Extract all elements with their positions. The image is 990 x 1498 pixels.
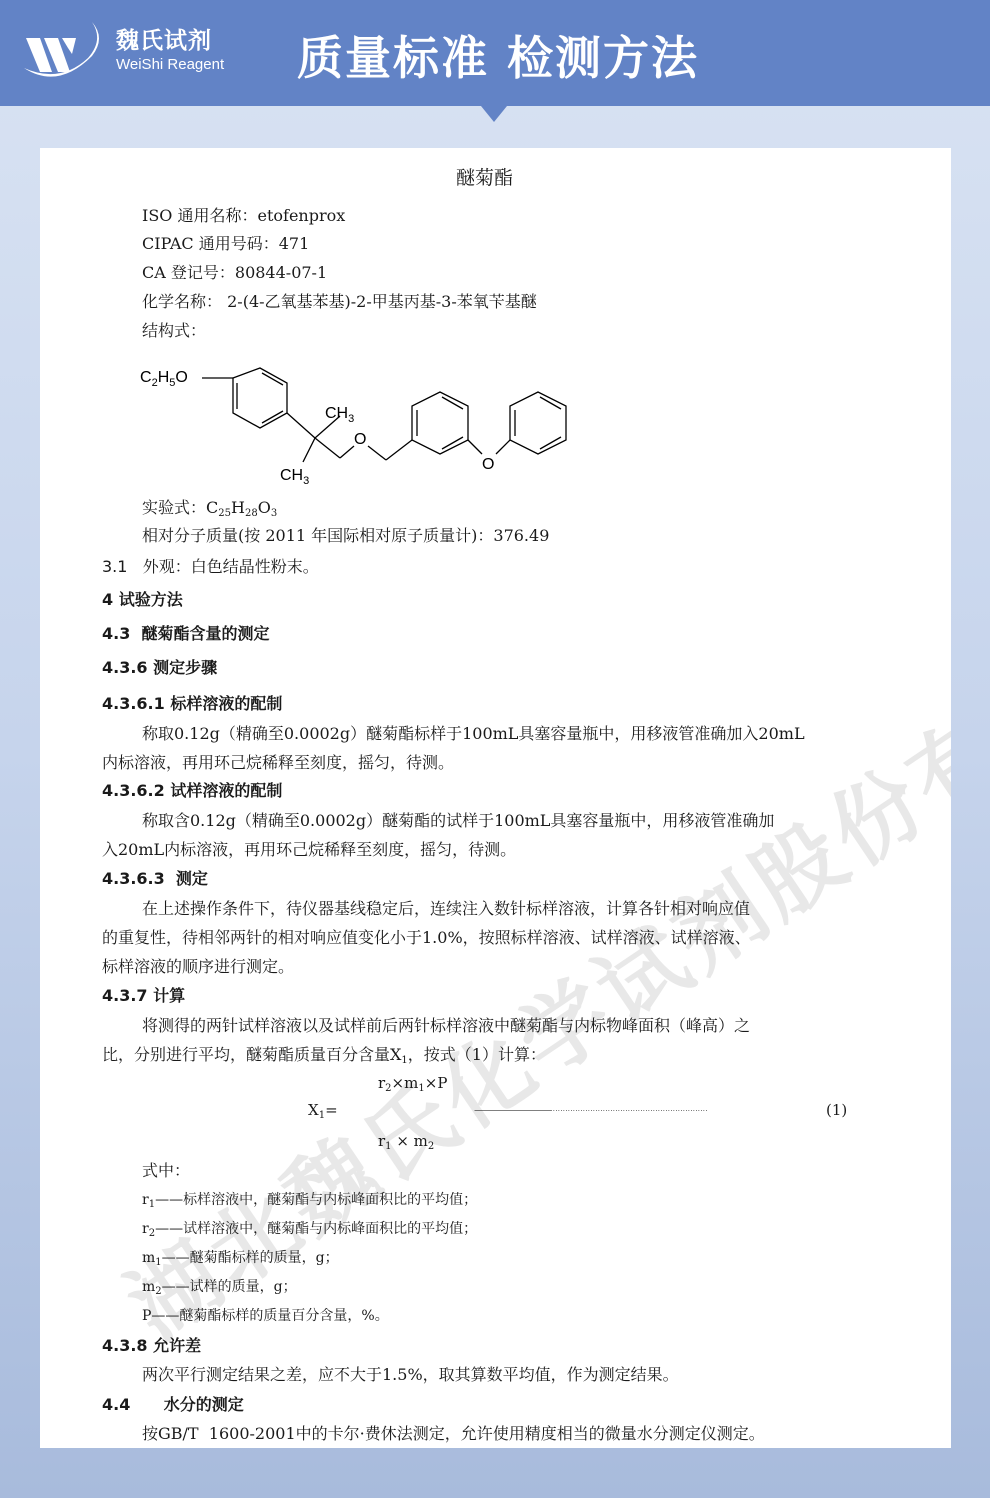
ca-row: CA 登记号：80844-07-1 (142, 265, 327, 281)
section-4-3-6-1-heading: 4.3.6.1 标样溶液的配制 (102, 696, 282, 712)
paragraph-line: 标样溶液的顺序进行测定。 (102, 959, 294, 975)
chemical-name-label: 化学名称： (142, 292, 222, 311)
molecular-mass-label: 相对分子质量(按 2011 年国际相对原子质量计)： (142, 526, 493, 545)
variable-definition: r1——标样溶液中，醚菊酯与内标峰面积比的平均值； (142, 1193, 477, 1210)
section-4-3-7-heading: 4.3.7 计算 (102, 988, 185, 1004)
empirical-formula: C25H28O3 (206, 498, 277, 517)
cipac-row: CIPAC 通用号码：471 (142, 236, 309, 252)
paragraph-line: 按GB/T 1600-2001中的卡尔·费休法测定，允许使用精度相当的微量水分测… (142, 1426, 765, 1442)
structure-label: 结构式： (142, 323, 206, 339)
ether-oxygen: O (354, 431, 366, 448)
chemical-name-value: 2-(4-乙氧基苯基)-2-甲基丙基-3-苯氧苄基醚 (227, 292, 537, 311)
section-4-3-6-heading: 4.3.6 测定步骤 (102, 660, 217, 676)
iso-label: ISO 通用名称： (142, 206, 258, 225)
paragraph-line: 内标溶液，再用环己烷稀释至刻度，摇匀，待测。 (102, 755, 454, 771)
equation-number: (1) (826, 1103, 847, 1118)
cipac-value: 471 (279, 234, 310, 253)
section-4-3-heading: 4.3 醚菊酯含量的测定 (102, 626, 270, 642)
paragraph-line: 在上述操作条件下，待仪器基线稳定后，连续注入数针标样溶液，计算各针相对响应值 (142, 901, 750, 917)
where-label: 式中： (142, 1163, 190, 1179)
logo-chinese-text: 魏氏试剂 (116, 22, 212, 55)
variable-definition: m2——试样的质量，g； (142, 1280, 297, 1297)
phenoxy-oxygen: O (482, 456, 494, 473)
page-header: 魏氏试剂 WeiShi Reagent 质量标准 检测方法 (0, 0, 990, 106)
ca-value: 80844-07-1 (235, 263, 327, 282)
chemical-structure-diagram: C2H5O CH3 CH3 O O (140, 358, 570, 493)
paragraph-line: 将测得的两针试样溶液以及试样前后两针标样溶液中醚菊酯与内标物峰面积（峰高）之 (142, 1018, 750, 1034)
paragraph-line: 称取0.12g（精确至0.0002g）醚菊酯标样于100mL具塞容量瓶中，用移液… (142, 726, 805, 742)
weishi-logo-icon (18, 18, 110, 80)
equation-numerator: r2×m1×P (378, 1076, 447, 1094)
equation-lhs: X1= (308, 1103, 338, 1121)
cipac-label: CIPAC 通用号码： (142, 234, 279, 253)
section-3-1: 3.1 外观：白色结晶性粉末。 (102, 559, 319, 575)
brand-logo: 魏氏试剂 WeiShi Reagent (18, 18, 228, 78)
methyl-top: CH3 (325, 405, 354, 425)
header-pointer (481, 106, 507, 122)
chemical-name-row: 化学名称： 2-(4-乙氧基苯基)-2-甲基丙基-3-苯氧苄基醚 (142, 294, 537, 310)
equation-denominator: r1 × m2 (378, 1134, 434, 1152)
document-title: 醚菊酯 (456, 169, 513, 188)
iso-name-row: ISO 通用名称：etofenprox (142, 208, 345, 224)
molecular-mass-row: 相对分子质量(按 2011 年国际相对原子质量计)：376.49 (142, 528, 549, 544)
iso-value: etofenprox (258, 206, 346, 225)
fraction-bar (358, 1110, 824, 1111)
variable-definition: P——醚菊酯标样的质量百分含量，%。 (142, 1309, 389, 1323)
paragraph-line: 两次平行测定结果之差，应不大于1.5%，取其算数平均值，作为测定结果。 (142, 1367, 679, 1383)
variable-definition: r2——试样溶液中，醚菊酯与内标峰面积比的平均值； (142, 1222, 477, 1239)
ca-label: CA 登记号： (142, 263, 235, 282)
section-4-heading: 4 试验方法 (102, 592, 183, 608)
empirical-formula-row: 实验式：C25H28O3 (142, 500, 277, 519)
section-4-3-6-2-heading: 4.3.6.2 试样溶液的配制 (102, 783, 282, 799)
empirical-formula-label: 实验式： (142, 498, 206, 517)
section-4-3-8-heading: 4.3.8 允许差 (102, 1338, 201, 1354)
logo-english-text: WeiShi Reagent (116, 56, 224, 73)
variable-definition: m1——醚菊酯标样的质量，g； (142, 1251, 339, 1268)
paragraph-line: 入20mL内标溶液，再用环己烷稀释至刻度，摇匀，待测。 (102, 842, 516, 858)
ethoxy-label: C2H5O (140, 369, 188, 389)
page-title: 质量标准 检测方法 (297, 22, 699, 88)
molecular-mass-value: 376.49 (493, 526, 549, 545)
section-4-4-heading: 4.4 水分的测定 (102, 1397, 244, 1413)
document-panel: 湖北魏氏化学试剂股份有限公司 醚菊酯 ISO 通用名称：etofenprox C… (40, 148, 951, 1448)
section-4-3-6-3-heading: 4.3.6.3 测定 (102, 871, 208, 887)
paragraph-line: 的重复性，待相邻两针的相对响应值变化小于1.0%，按照标样溶液、试样溶液、试样溶… (102, 930, 751, 946)
paragraph-line: 称取含0.12g（精确至0.0002g）醚菊酯的试样于100mL具塞容量瓶中，用… (142, 813, 774, 829)
paragraph-line: 比，分别进行平均，醚菊酯质量百分含量X1，按式（1）计算： (102, 1047, 546, 1066)
methyl-bottom: CH3 (280, 467, 309, 487)
